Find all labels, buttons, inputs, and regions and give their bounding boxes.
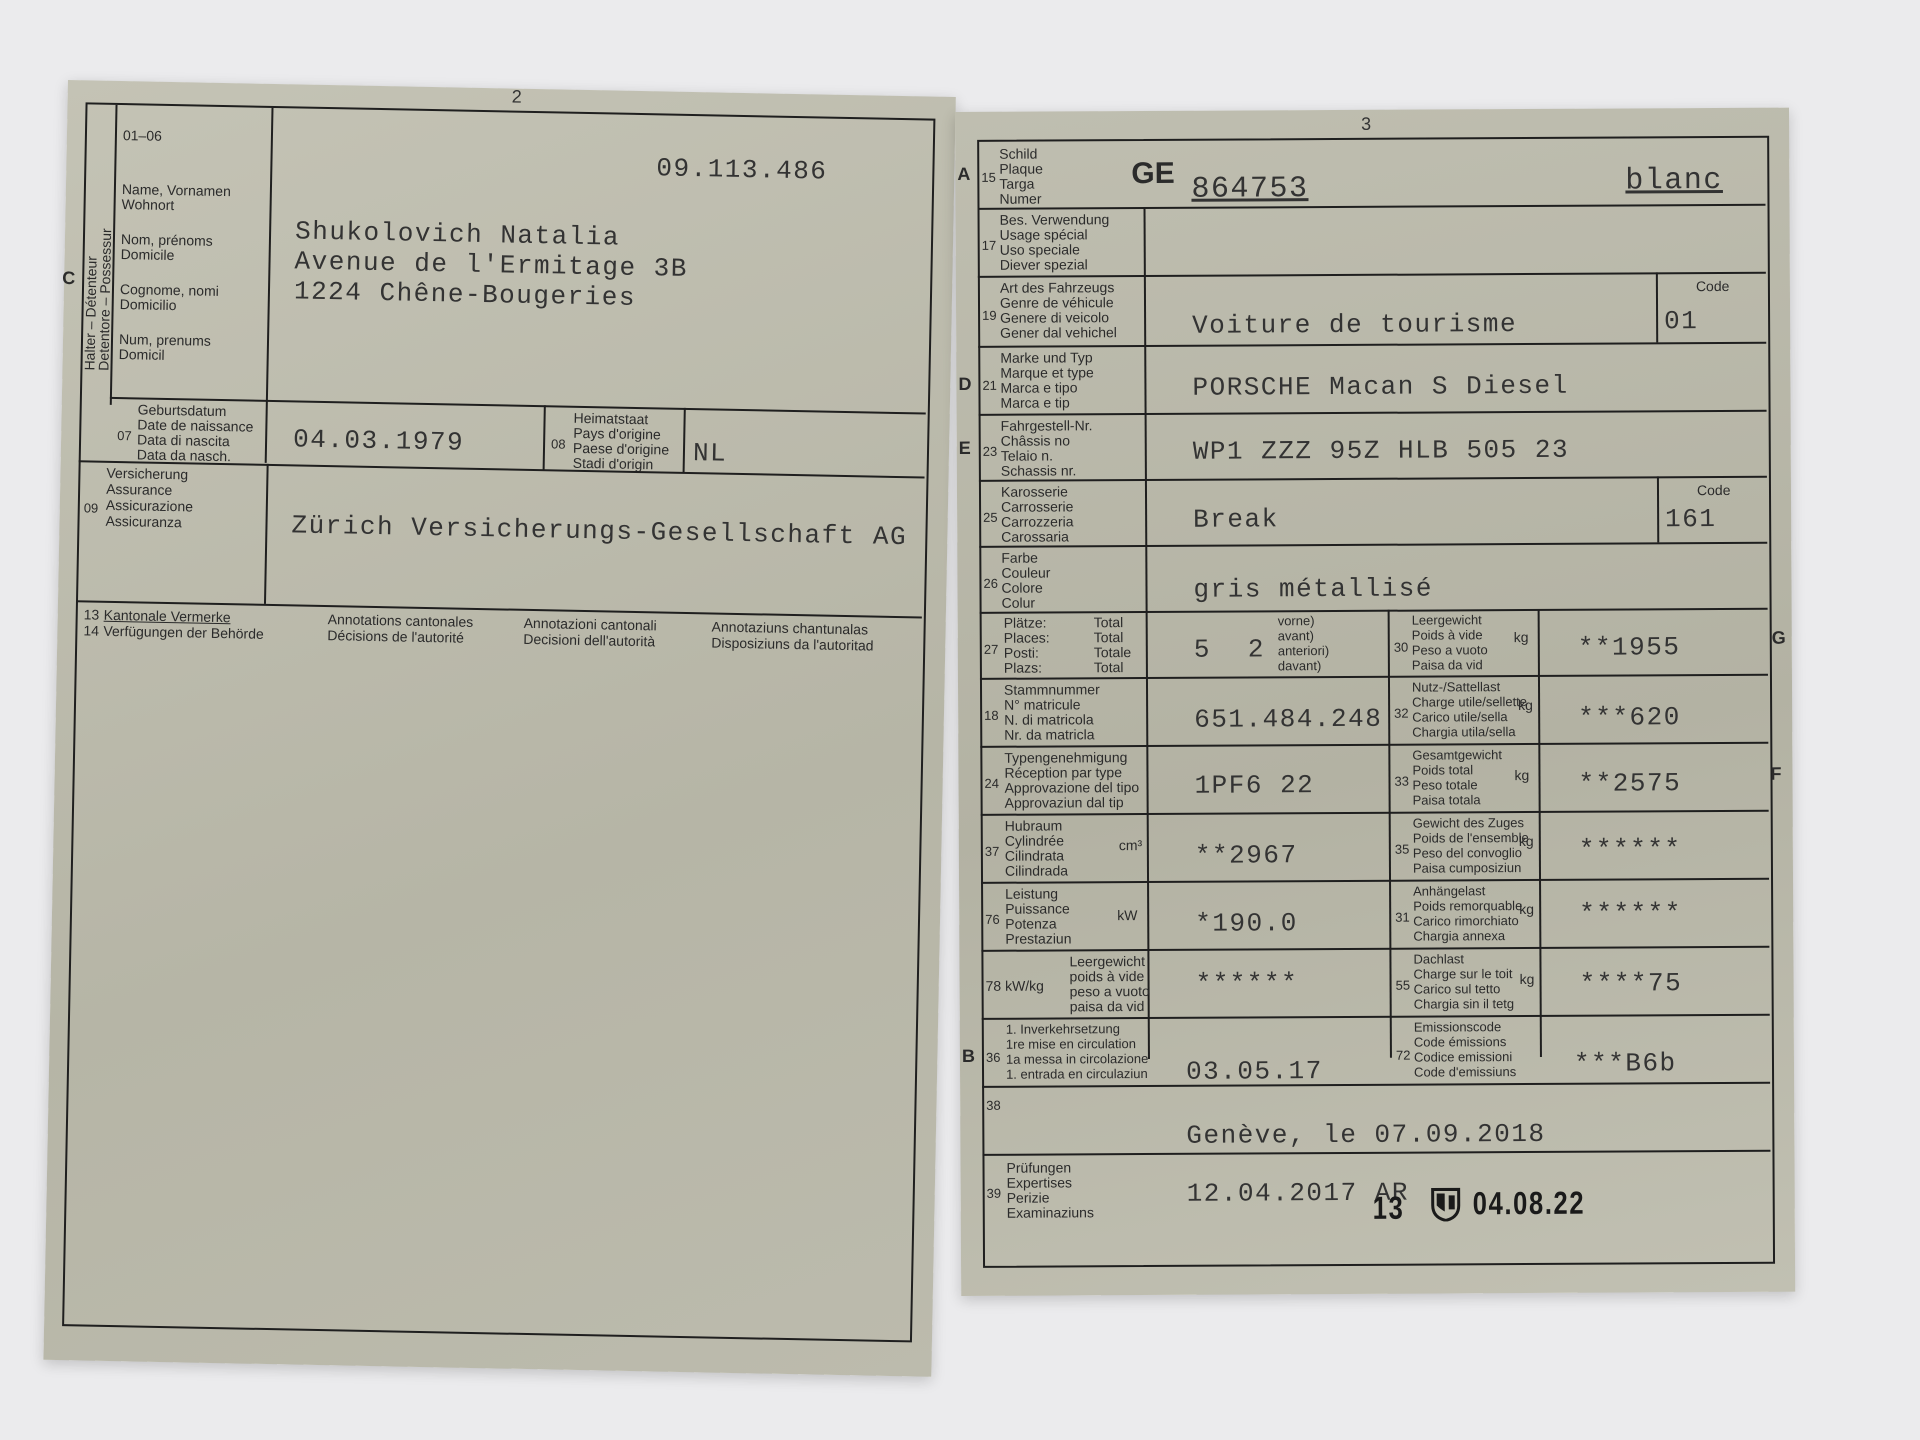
field-code: 35 [1395,842,1410,857]
matricule-value: 651.484.248 [1194,704,1382,735]
section-letter-c: C [62,268,75,289]
code-label: Code [1696,278,1730,294]
type-approval-label: Approvaziun dal tip [1005,794,1124,811]
color-value: gris métallisé [1193,574,1433,605]
payload-label: Nutz-/Sattellast [1412,679,1500,694]
towing-label: Carico rimorchiato [1413,913,1519,929]
field-code: 08 [551,436,566,451]
seats-label: Places: [1004,630,1050,646]
first-registration-label: 1a messa in circolazione [1006,1051,1148,1067]
plate-number: 864753 [1191,172,1308,207]
field-code: 25 [983,510,998,525]
emissions-label: Code émissions [1414,1034,1507,1049]
field-code: 21 [982,378,997,393]
empty-weight-label: Leergewicht [1412,612,1482,627]
emissions-label: Codice emissioni [1414,1049,1512,1065]
inspections-label: Perizie [1007,1190,1050,1206]
displacement-value: **2967 [1195,840,1298,871]
unit-kw: kW [1117,907,1137,923]
chassis-label: Fahrgestell-Nr. [1001,417,1093,433]
annotation-label: Verfügungen der Behörde [103,623,264,642]
emissions-value: ***B6b [1574,1048,1677,1079]
seats-front-value: 2 [1248,634,1265,664]
seats-label: Plätze: [1004,615,1047,631]
make-label: Marca e tipo [1000,379,1077,395]
vehicle-type-label: Genere di veicolo [1000,309,1109,326]
first-registration-label: 1. Inverkehrsetzung [1006,1021,1120,1037]
make-label: Marca e tip [1000,394,1069,410]
seats-total-label: Total [1094,629,1124,645]
insurance-label: Versicherung [106,465,188,483]
field-code: 26 [983,576,998,591]
displacement-label: Cylindrée [1005,832,1064,848]
special-use-label: Bes. Verwendung [1000,211,1110,228]
chassis-label: Telaio n. [1001,447,1053,463]
section-letter-f: F [1770,764,1781,785]
vertical-label-2: Detentore – Possessur [96,228,114,371]
issue-place-date: Genève, le 07.09.2018 [1186,1119,1545,1151]
chassis-label: Schassis nr. [1001,462,1077,478]
power-value: *190.0 [1195,908,1298,939]
displacement-label: Hubraum [1005,817,1063,833]
roof-load-value: ****75 [1579,968,1682,999]
power-label: Potenza [1005,915,1056,931]
power-weight-label: paisa da vid [1070,998,1145,1014]
displacement-label: Cilindrata [1005,847,1064,863]
reference-number: 09.113.486 [656,153,828,186]
plate-color: blanc [1625,164,1723,199]
power-weight-label: Leergewicht [1069,953,1145,969]
seats-total-label: Total [1094,659,1124,675]
origin-value: NL [693,438,728,469]
unit-kg: kg [1520,971,1535,987]
payload-label: Chargia utila/sella [1412,724,1515,740]
towing-value: ****** [1579,898,1682,929]
seats-label: Plazs: [1004,660,1042,676]
seats-total-label: Total [1094,614,1124,630]
field-code: 07 [117,428,132,443]
empty-weight-label: Poids à vide [1412,627,1483,642]
roof-load-label: Carico sul tetto [1414,981,1501,996]
field-code: 38 [986,1098,1001,1113]
birth-date-value: 04.03.1979 [293,424,465,457]
payload-label: Charge utile/sellette [1412,694,1527,710]
section-letter-g: G [1772,628,1786,649]
power-label: Prestaziun [1005,930,1071,946]
unit-kg: kg [1519,901,1534,917]
train-weight-label: Paisa cumposiziun [1413,860,1521,876]
roof-load-label: Chargia sin il tetg [1414,996,1515,1012]
roof-load-label: Charge sur le toit [1413,966,1512,982]
color-label: Colore [1001,580,1042,596]
inspections-label: Expertises [1007,1174,1072,1190]
power-label: Leistung [1005,885,1058,901]
vehicle-type-code: 01 [1664,306,1698,336]
field-code: 32 [1394,706,1409,721]
body-value: Break [1193,504,1279,534]
annotation-code: 13 [84,606,100,622]
total-weight-value: **2575 [1578,768,1681,799]
right-page: 3 A 15 Schild Plaque Targa Numer GE 8647… [955,108,1795,1296]
annotation-code: 14 [83,622,99,638]
page-number: 2 [512,87,522,108]
first-registration-value: 03.05.17 [1186,1056,1323,1087]
special-use-label: Diever spezial [1000,256,1088,272]
displacement-label: Cilindrada [1005,862,1068,878]
special-use-label: Usage spécial [1000,226,1088,242]
field-code: 78 kW/kg [986,978,1044,994]
insurance-label: Assicuranza [105,513,182,530]
color-label: Farbe [1001,550,1038,566]
body-label: Carrozzeria [1001,513,1073,529]
body-label: Karosserie [1001,483,1068,499]
field-code: 72 [1396,1048,1411,1063]
holder-field-code: 01–06 [123,127,162,144]
unit-kg: kg [1518,697,1533,713]
plate-label: Schild [999,146,1037,162]
annotation-label: Decisioni dell'autorità [523,631,655,650]
section-letter-b: B [962,1046,975,1067]
total-weight-label: Paisa totala [1413,792,1481,807]
matricule-label: N° matricule [1004,696,1080,712]
field-code: 33 [1394,774,1409,789]
plate-label: Targa [999,176,1034,192]
train-weight-label: Poids de l'ensemble [1413,830,1529,846]
unit-kg: kg [1514,767,1529,783]
field-code: 36 [986,1050,1001,1065]
make-label: Marke und Typ [1000,349,1092,365]
inspections-label: Examinaziuns [1007,1204,1094,1220]
holder-label: Wohnort [121,196,174,213]
field-code: 24 [984,776,999,791]
holder-label: Domicilio [120,296,177,313]
first-registration-label: 1. entrada en circulaziun [1006,1066,1148,1082]
roof-load-label: Dachlast [1413,951,1464,966]
field-code: 31 [1395,910,1410,925]
section-letter-d: D [958,374,971,395]
vehicle-type-value: Voiture de tourisme [1192,309,1517,341]
field-code: 30 [1394,640,1409,655]
seats-total-value: 5 [1194,635,1211,665]
plate-label: Plaque [999,161,1043,177]
field-code: 17 [982,238,997,253]
power-weight-label: poids à vide [1069,968,1144,984]
field-code: 37 [985,844,1000,859]
color-label: Couleur [1001,565,1050,581]
field-code: 39 [987,1186,1002,1201]
emissions-label: Emissionscode [1414,1019,1502,1034]
body-label: Carrosserie [1001,498,1073,514]
field-code: 15 [981,170,996,185]
seats-front-label: anteriori) [1278,643,1329,658]
field-code: 76 [985,912,1000,927]
empty-weight-value: **1955 [1578,632,1681,663]
seats-front-label: avant) [1278,628,1314,643]
section-letter-a: A [957,164,970,185]
field-code: 18 [984,708,999,723]
matricule-label: Nr. da matricla [1004,726,1094,742]
section-letter-e: E [959,438,971,459]
seats-front-label: davant) [1278,658,1321,673]
train-weight-value: ****** [1579,834,1682,865]
code-label: Code [1697,482,1731,498]
geneva-coat-of-arms-icon [1431,1187,1461,1221]
total-weight-label: Gesamtgewicht [1412,747,1502,762]
body-code: 161 [1665,504,1716,534]
field-code: 27 [984,642,999,657]
power-label: Puissance [1005,900,1070,916]
vehicle-type-label: Gener dal vehichel [1000,324,1117,341]
type-approval-value: 1PF6 22 [1194,770,1314,801]
seats-label: Posti: [1004,645,1039,661]
stamp-date: 04.08.22 [1473,1185,1586,1223]
power-weight-label: peso a vuoto [1070,983,1150,999]
towing-label: Poids remorquable [1413,898,1522,914]
payload-value: ***620 [1578,702,1681,733]
chassis-label: Châssis no [1001,432,1070,448]
stamp-number: 13 [1373,1190,1405,1227]
train-weight-label: Peso del convoglio [1413,845,1522,861]
first-registration-label: 1re mise en circulation [1006,1036,1136,1052]
annotation-label: Décisions de l'autorité [327,627,464,646]
special-use-label: Uso speciale [1000,241,1080,257]
towing-label: Anhängelast [1413,883,1485,898]
make-label: Marque et type [1000,364,1093,380]
inspections-label: Prüfungen [1006,1159,1071,1175]
plate-canton: GE [1131,157,1175,191]
insurance-label: Assicurazione [106,497,193,515]
payload-label: Carico utile/sella [1412,709,1507,724]
plate-label: Numer [999,191,1041,207]
body-label: Carossaria [1001,528,1069,544]
field-code: 09 [84,500,99,515]
field-code: 55 [1396,978,1411,993]
page-number: 3 [1361,114,1371,135]
color-label: Colur [1002,595,1036,611]
field-code: 23 [983,444,998,459]
unit-kg: kg [1519,833,1534,849]
empty-weight-label: Paisa da vid [1412,657,1483,672]
chassis-value: WP1 ZZZ 95Z HLB 505 23 [1193,435,1569,467]
power-weight-value: ****** [1195,968,1298,999]
unit-cm3: cm³ [1119,837,1142,853]
annotation-label: Disposiziuns da l'autoritad [711,634,873,653]
make-model-value: PORSCHE Macan S Diesel [1192,371,1568,403]
seats-front-label: vorne) [1278,613,1315,628]
left-page: 2 C Halter – Détenteur Detentore – Posse… [43,80,955,1377]
empty-weight-label: Peso a vuoto [1412,642,1488,657]
towing-label: Chargia annexa [1413,928,1505,943]
seats-total-label: Totale [1094,644,1131,660]
unit-kg: kg [1514,629,1529,645]
insurance-label: Assurance [106,481,172,498]
matricule-label: N. di matricola [1004,711,1094,727]
holder-label: Domicile [121,246,175,263]
train-weight-label: Gewicht des Zuges [1413,815,1524,831]
matricule-label: Stammnummer [1004,681,1100,698]
holder-label: Domicil [119,346,165,363]
emissions-label: Code d'emissiuns [1414,1064,1516,1080]
total-weight-label: Peso totale [1412,777,1477,792]
total-weight-label: Poids total [1412,762,1473,777]
field-code: 19 [982,308,997,323]
